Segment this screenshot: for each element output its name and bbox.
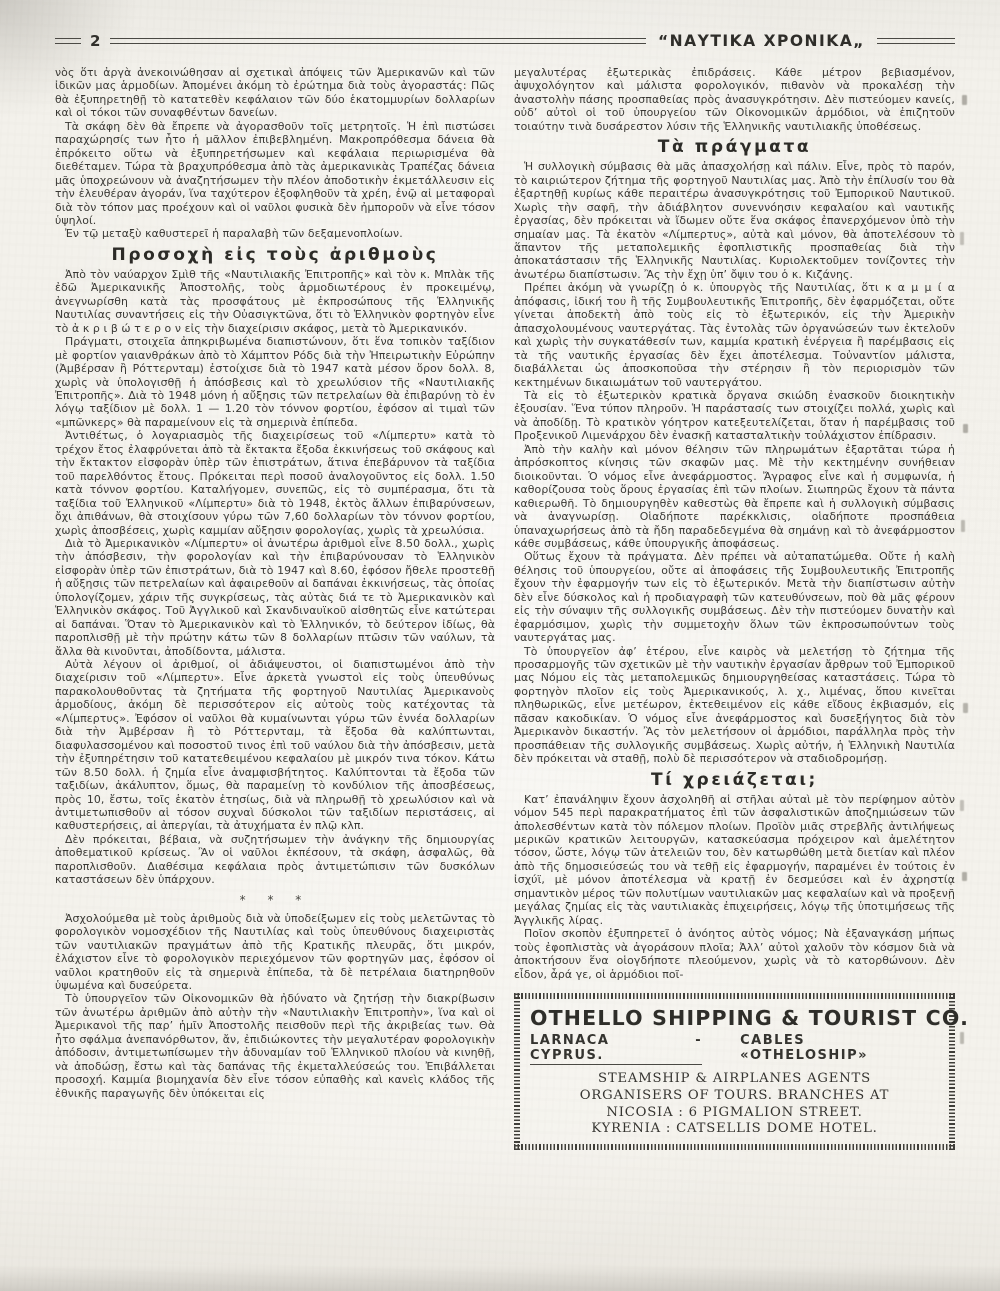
ad-location: LARNACA - CYPRUS.: [530, 1033, 702, 1065]
right-column: μεγαλυτέρας ἐξωτερικὰς ἐπιδράσεις. Κάθε …: [514, 66, 955, 1150]
scan-artifact: [960, 1032, 964, 1044]
scan-artifact: [960, 232, 964, 245]
article-paragraph: Αὐτὰ λέγουν οἱ ἀριθμοί, οἱ ἀδιάψευστοι, …: [55, 658, 495, 833]
article-paragraph: Διὰ τὸ Ἀμερικανικὸν «Λίμπερτυ» οἱ ἀνωτέρ…: [55, 537, 495, 658]
ad-services-lines: STEAMSHIP & AIRPLANES AGENTS ORGANISERS …: [530, 1071, 939, 1138]
header-rule-right: [877, 38, 955, 44]
ad-service-line: STEAMSHIP & AIRPLANES AGENTS: [530, 1071, 939, 1088]
article-paragraph: Τὸ ὑπουργεῖον ἀφ’ ἑτέρου, εἶνε καιρὸς νὰ…: [514, 645, 955, 766]
scan-artifact: [963, 703, 968, 713]
header-rule-middle: [110, 38, 646, 44]
article-paragraph: Ἀντιθέτως, ὁ λογαριασμὸς τῆς διαχειρίσεω…: [55, 429, 495, 537]
advertisement-othello-shipping: OTHELLO SHIPPING & TOURIST CO. LARNACA -…: [514, 993, 955, 1150]
scan-artifact: [962, 872, 967, 881]
scan-artifact: [960, 800, 964, 811]
article-paragraph: Οὕτως ἔχουν τὰ πράγματα. Δὲν πρέπει νὰ α…: [514, 550, 955, 644]
section-heading: Προσοχὴ εἰς τοὺς ἀριθμοὺς: [55, 245, 495, 265]
article-paragraph: Πρέπει ἀκόμη νὰ γνωρίζῃ ὁ κ. ὑπουργὸς τῆ…: [514, 281, 955, 389]
header-rule-left-stub: [55, 38, 81, 44]
article-paragraph: Ἡ συλλογικὴ σύμβασις θὰ μᾶς ἀπασχολήσῃ κ…: [514, 160, 955, 281]
article-paragraph: μεγαλυτέρας ἐξωτερικὰς ἐπιδράσεις. Κάθε …: [514, 66, 955, 133]
scan-artifact: [963, 424, 968, 433]
article-paragraph: Τὰ σκάφη δὲν θὰ ἔπρεπε νὰ ἀγορασθοῦν τοῖ…: [55, 120, 495, 228]
right-column-text: μεγαλυτέρας ἐξωτερικὰς ἐπιδράσεις. Κάθε …: [514, 66, 955, 981]
ad-service-line: ORGANISERS OF TOURS. BRANCHES AT: [530, 1088, 939, 1105]
section-heading: Τί χρειάζεται;: [514, 770, 955, 790]
scan-artifact: [961, 520, 965, 532]
article-paragraph: Ἐν τῷ μεταξὺ καθυστερεῖ ἡ παραλαβὴ τῶν δ…: [55, 227, 495, 240]
article-paragraph: νὸς ὅτι ἀργὰ ἀνεκοινώθησαν αἱ σχετικαὶ ἀ…: [55, 66, 495, 120]
ad-contact-row: LARNACA - CYPRUS. CABLES «OTHELOSHIP»: [530, 1033, 939, 1065]
scan-artifact: [962, 95, 967, 105]
ad-service-line: KYRENIA : CATSELLIS DOME HOTEL.: [530, 1121, 939, 1138]
left-column: νὸς ὅτι ἀργὰ ἀνεκοινώθησαν αἱ σχετικαὶ ἀ…: [55, 66, 495, 1150]
article-paragraph: Ποῖον σκοπὸν ἐξυπηρετεῖ ὁ ἀνόητος αὐτὸς …: [514, 927, 955, 981]
article-paragraph: Δὲν πρόκειται, βέβαια, νὰ συζητήσωμεν τὴ…: [55, 833, 495, 887]
newspaper-page: 2 “ΝΑΥΤΙΚΑ ΧΡΟΝΙΚΑ„ νὸς ὅτι ἀργὰ ἀνεκοιν…: [0, 0, 1000, 1291]
article-paragraph: Πράγματι, στοιχεῖα ἀπηκριβωμένα διαπιστώ…: [55, 335, 495, 429]
masthead-title: “ΝΑΥΤΙΚΑ ΧΡΟΝΙΚΑ„: [658, 32, 865, 50]
ad-service-line: NICOSIA : 6 PIGMALION STREET.: [530, 1105, 939, 1122]
page-number: 2: [90, 32, 100, 50]
ad-cables-address: CABLES «OTHELOSHIP»: [740, 1033, 939, 1063]
ad-company-name: OTHELLO SHIPPING & TOURIST CO.: [530, 1006, 939, 1030]
article-columns: νὸς ὅτι ἀργὰ ἀνεκοινώθησαν αἱ σχετικαὶ ἀ…: [55, 66, 955, 1150]
page-header: 2 “ΝΑΥΤΙΚΑ ΧΡΟΝΙΚΑ„: [55, 30, 955, 52]
advertisement-content: OTHELLO SHIPPING & TOURIST CO. LARNACA -…: [524, 1002, 945, 1140]
article-paragraph: Ἀπὸ τὸν ναύαρχον Σμὶθ τῆς «Ναυτιλιακῆς Ἐ…: [55, 268, 495, 335]
article-paragraph: Κατ’ ἐπανάληψιν ἔχουν ἀσχοληθῆ αἱ στῆλαι…: [514, 793, 955, 928]
article-paragraph: Ἀσχολούμεθα μὲ τοὺς ἀριθμοὺς διὰ νὰ ὑποδ…: [55, 912, 495, 993]
article-paragraph: Τὸ ὑπουργεῖον τῶν Οἰκονομικῶν θὰ ἠδύνατο…: [55, 992, 495, 1100]
scan-bottom-shadow: [0, 1265, 1000, 1291]
article-paragraph: Ἀπὸ τὴν καλὴν καὶ μόνον θέλησιν τῶν πληρ…: [514, 443, 955, 551]
section-heading: Τὰ πράγματα: [514, 137, 955, 157]
asterisk-separator: * * *: [55, 893, 495, 907]
article-paragraph: Τὰ εἰς τὸ ἐξωτερικὸν κρατικὰ ὄργανα σκιώ…: [514, 389, 955, 443]
